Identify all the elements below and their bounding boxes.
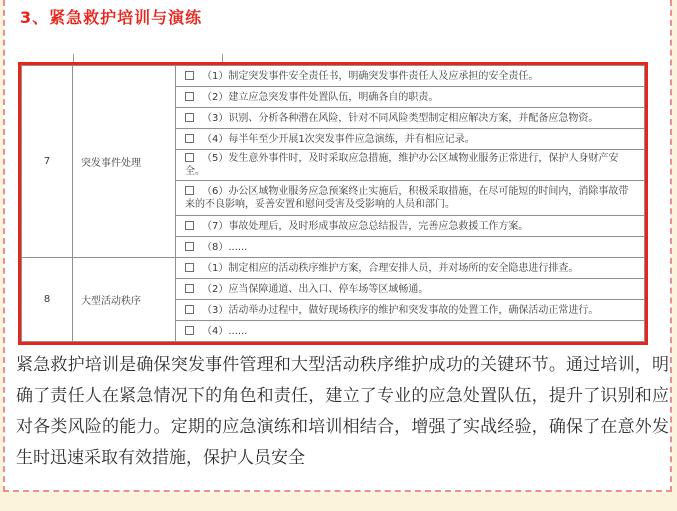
- checklist-item-text: （3）活动举办过程中，做好现场秩序的维护和突发事故的处置工作，确保活动正常进行。: [202, 305, 598, 316]
- checkbox-icon[interactable]: [185, 284, 194, 293]
- checklist-item-text: （2）建立应急突发事件处置队伍，明确各自的职责。: [202, 92, 438, 103]
- checklist-item-text: （4）每半年至少开展1次突发事件应急演练，并有相应记录。: [202, 134, 475, 145]
- checkbox-icon[interactable]: [185, 92, 194, 101]
- row-number: 7: [22, 66, 73, 258]
- checklist-item-text: （4）......: [202, 326, 247, 337]
- document-content-area: 3、紧急救护培训与演练 7 突发事件处理 （1）制定突发事件安全责任书，明确突发…: [3, 0, 672, 492]
- checkbox-icon[interactable]: [185, 326, 194, 335]
- table-row: 8 大型活动秩序 （1）制定相应的活动秩序维护方案，合理安排人员，并对场所的安全…: [22, 258, 645, 279]
- summary-paragraph: 紧急救护培训是确保突发事件管理和大型活动秩序维护成功的关键环节。通过培训，明确了…: [16, 350, 669, 474]
- checkbox-icon[interactable]: [185, 134, 194, 143]
- checkbox-icon[interactable]: [185, 221, 194, 230]
- table-row: 7 突发事件处理 （1）制定突发事件安全责任书，明确突发事件责任人及应承担的安全…: [22, 66, 645, 87]
- checkbox-icon[interactable]: [185, 186, 194, 195]
- table-column-line-stub: [73, 54, 74, 62]
- checkbox-icon[interactable]: [185, 242, 194, 251]
- row-number: 8: [22, 258, 73, 342]
- checkbox-icon[interactable]: [185, 263, 194, 272]
- checklist-item-text: （5）发生意外事件时，及时采取应急措施，维护办公区域物业服务正常进行，保护人身财…: [185, 153, 618, 177]
- checklist-item-text: （6）办公区域物业服务应急预案终止实施后，积极采取措施，在尽可能短的时间内，消除…: [185, 186, 628, 210]
- checklist-table: 7 突发事件处理 （1）制定突发事件安全责任书，明确突发事件责任人及应承担的安全…: [21, 65, 645, 342]
- document-page: { "doc": { "title": "3、紧急救护培训与演练", "summ…: [0, 0, 677, 511]
- checkbox-icon[interactable]: [185, 305, 194, 314]
- checklist-item-text: （1）制定突发事件安全责任书，明确突发事件责任人及应承担的安全责任。: [202, 71, 538, 82]
- checkbox-icon[interactable]: [185, 113, 194, 122]
- row-category: 大型活动秩序: [73, 258, 176, 342]
- checkbox-icon[interactable]: [185, 153, 194, 162]
- highlight-red-box: 7 突发事件处理 （1）制定突发事件安全责任书，明确突发事件责任人及应承担的安全…: [18, 62, 648, 345]
- checklist-item-text: （8）......: [202, 242, 247, 253]
- checklist-item-text: （2）应当保障通道、出入口、停车场等区域畅通。: [202, 284, 428, 295]
- section-title: 3、紧急救护培训与演练: [20, 5, 202, 28]
- checkbox-icon[interactable]: [185, 71, 194, 80]
- table-column-line-stub: [222, 54, 223, 62]
- row-category: 突发事件处理: [73, 66, 176, 258]
- checklist-item-text: （1）制定相应的活动秩序维护方案，合理安排人员，并对场所的安全隐患进行排查。: [202, 263, 578, 274]
- checklist-item-text: （7）事故处理后，及时形成事故应急总结报告，完善应急救援工作方案。: [202, 221, 528, 232]
- checklist-item-text: （3）识别、分析各种潜在风险，针对不同风险类型制定相应解决方案，并配备应急物资。: [202, 113, 598, 124]
